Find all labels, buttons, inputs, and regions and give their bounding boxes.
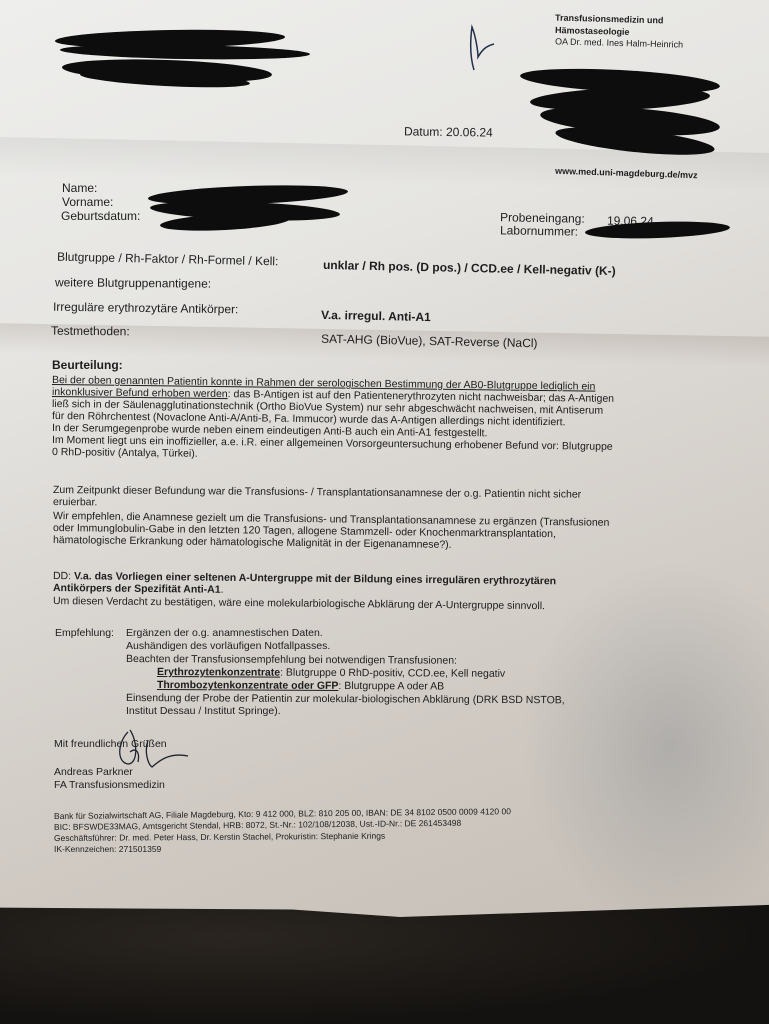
anamnesis-line: eruierbar.: [53, 496, 97, 508]
test-methods-label: Testmethoden:: [51, 325, 130, 339]
recommendation-item: Aushändigen des vorläufigen Notfallpasse…: [126, 640, 330, 652]
document-page: Transfusionsmedizin und Hämostaseologie …: [0, 0, 769, 930]
firstname-label: Vorname:: [62, 196, 113, 209]
date-label: Datum:: [404, 124, 443, 139]
signatory-title: FA Transfusionsmedizin: [54, 779, 165, 791]
differential-diagnosis-line2: Antikörpers der Spezifität Anti-A1.: [53, 582, 224, 596]
date-value: 20.06.24: [446, 125, 493, 140]
irregular-antibodies-label: Irreguläre erythrozytäre Antikörper:: [53, 301, 239, 317]
irregular-antibodies-value: V.a. irregul. Anti-A1: [321, 309, 431, 324]
footer-ik-line: IK-Kennzeichen: 271501359: [54, 844, 161, 854]
anamnesis-line: Zum Zeitpunkt dieser Befundung war die T…: [53, 484, 581, 501]
assessment-heading: Beurteilung:: [52, 359, 123, 372]
lab-number-label: Labornummer:: [500, 224, 578, 238]
letter-date: Datum: 20.06.24: [404, 125, 493, 139]
signature-icon: [108, 722, 193, 772]
recommendation-item: Beachten der Transfusionsempfehlung bei …: [126, 653, 457, 667]
shadow: [520, 560, 769, 930]
signatory-name: Andreas Parkner: [54, 766, 133, 778]
birthdate-label: Geburtsdatum:: [61, 210, 140, 223]
other-antigens-label: weitere Blutgruppenantigene:: [55, 276, 211, 290]
differential-diagnosis-line3: Um diesen Verdacht zu bestätigen, wäre e…: [53, 595, 545, 612]
sender-head: OA Dr. med. Ines Halm-Heinrich: [555, 36, 683, 50]
recommendation-item: Ergänzen der o.g. anamnestischen Daten.: [126, 627, 323, 639]
blood-group-label: Blutgruppe / Rh-Faktor / Rh-Formel / Kel…: [57, 251, 279, 269]
recommendation-item: Institut Dessau / Institut Springe).: [126, 705, 281, 717]
recommendation-platelets: Thrombozytenkonzentrate oder GFP: Blutgr…: [157, 679, 444, 693]
footer-management-line: Geschäftsführer: Dr. med. Peter Hass, Dr…: [54, 831, 385, 843]
blood-group-value: unklar / Rh pos. (D pos.) / CCD.ee / Kel…: [323, 259, 616, 278]
name-label: Name:: [62, 182, 97, 195]
sender-department-line1: Transfusionsmedizin und: [555, 13, 664, 26]
recommendation-label: Empfehlung:: [55, 627, 114, 639]
sender-department-line2: Hämostaseologie: [555, 25, 630, 37]
recommendation-rbc: Erythrozytenkonzentrate: Blutgruppe 0 Rh…: [157, 666, 505, 680]
pen-mark-icon: [468, 22, 498, 72]
assessment-line: 0 RhD-positiv (Antalya, Türkei).: [52, 446, 198, 460]
